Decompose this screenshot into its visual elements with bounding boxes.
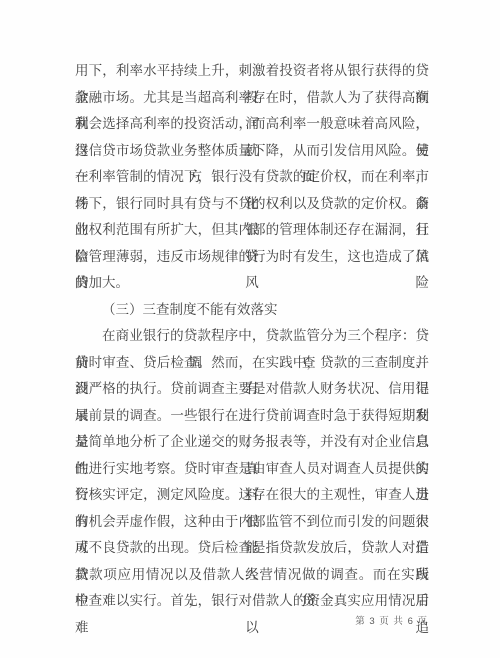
text-line: 得信贷市场贷款业务整体质量下降，从而引发信用风险。另一方面， [75,138,429,165]
section-heading: （三）三查制度不能有效落实 [75,297,429,324]
text-line: 险管理薄弱，违反市场规律的行为时有发生，这也造成了信贷风险 [75,244,429,271]
text-line: 是简单地分析了企业递交的财务报表等，并没有对企业信息的真实 [75,429,429,456]
text-line: 检查难以实行。首先，银行对借款人的资金真实应用情况用难以追 [75,588,429,615]
text-line: 就会选择高利率的投资活动，而高利率一般意味着高风险，这就使 [75,111,429,138]
text-line: 性进行实地考察。贷时审查是由审查人员对调查人员提供的资料进 [75,456,429,483]
text-line: 件下，银行同时具有贷与不贷的权利以及贷款的定价权。商业银行 [75,191,429,218]
text-line: 用下，利率水平持续上升，刺激着投资者将从银行获得的贷款投向 [75,58,429,85]
text-line: 展前景的调查。一些银行在进行贷前调查时急于获得短期利益，只 [75,403,429,430]
document-page: 用下，利率水平持续上升，刺激着投资者将从银行获得的贷款投向金融市场。尤其是当超高… [0,0,500,658]
text-line: 贷时审查、贷后检查。然而，在实践中，贷款的三查制度并没有得 [75,350,429,377]
text-line: 在商业银行的贷款程序中，贷款监管分为三个程序：贷前调查、 [75,323,429,350]
text-line: 成不良贷款的出现。贷后检查是指贷款发放后，贷款人对借款人所 [75,535,429,562]
document-lines: 用下，利率水平持续上升，刺激着投资者将从银行获得的贷款投向金融市场。尤其是当超高… [75,58,429,615]
text-line: 金融市场。尤其是当超高利率存在时，借款人为了获得高额利润， [75,85,429,112]
text-line: 行核实评定，测定风险度。这存在很大的主观性，审查人员有很大 [75,482,429,509]
text-line: 到严格的执行。贷前调查主要是对借款人财务状况、信用记录、发 [75,376,429,403]
text-line: 在利率管制的情况下，银行没有贷款的定价权，而在利率市场化条 [75,164,429,191]
text-line: 的机会弄虚作假，这种由于内部监管不到位而引发的问题很可能造 [75,509,429,536]
page-number-footer: 第 3 页 共 6 页 [355,616,428,628]
text-line: 贷款项应用情况以及借款人经营情况做的调查。而在实践中，贷后 [75,562,429,589]
text-line: 的权利范围有所扩大，但其内部的管理体制还存在漏洞，且信贷风 [75,217,429,244]
